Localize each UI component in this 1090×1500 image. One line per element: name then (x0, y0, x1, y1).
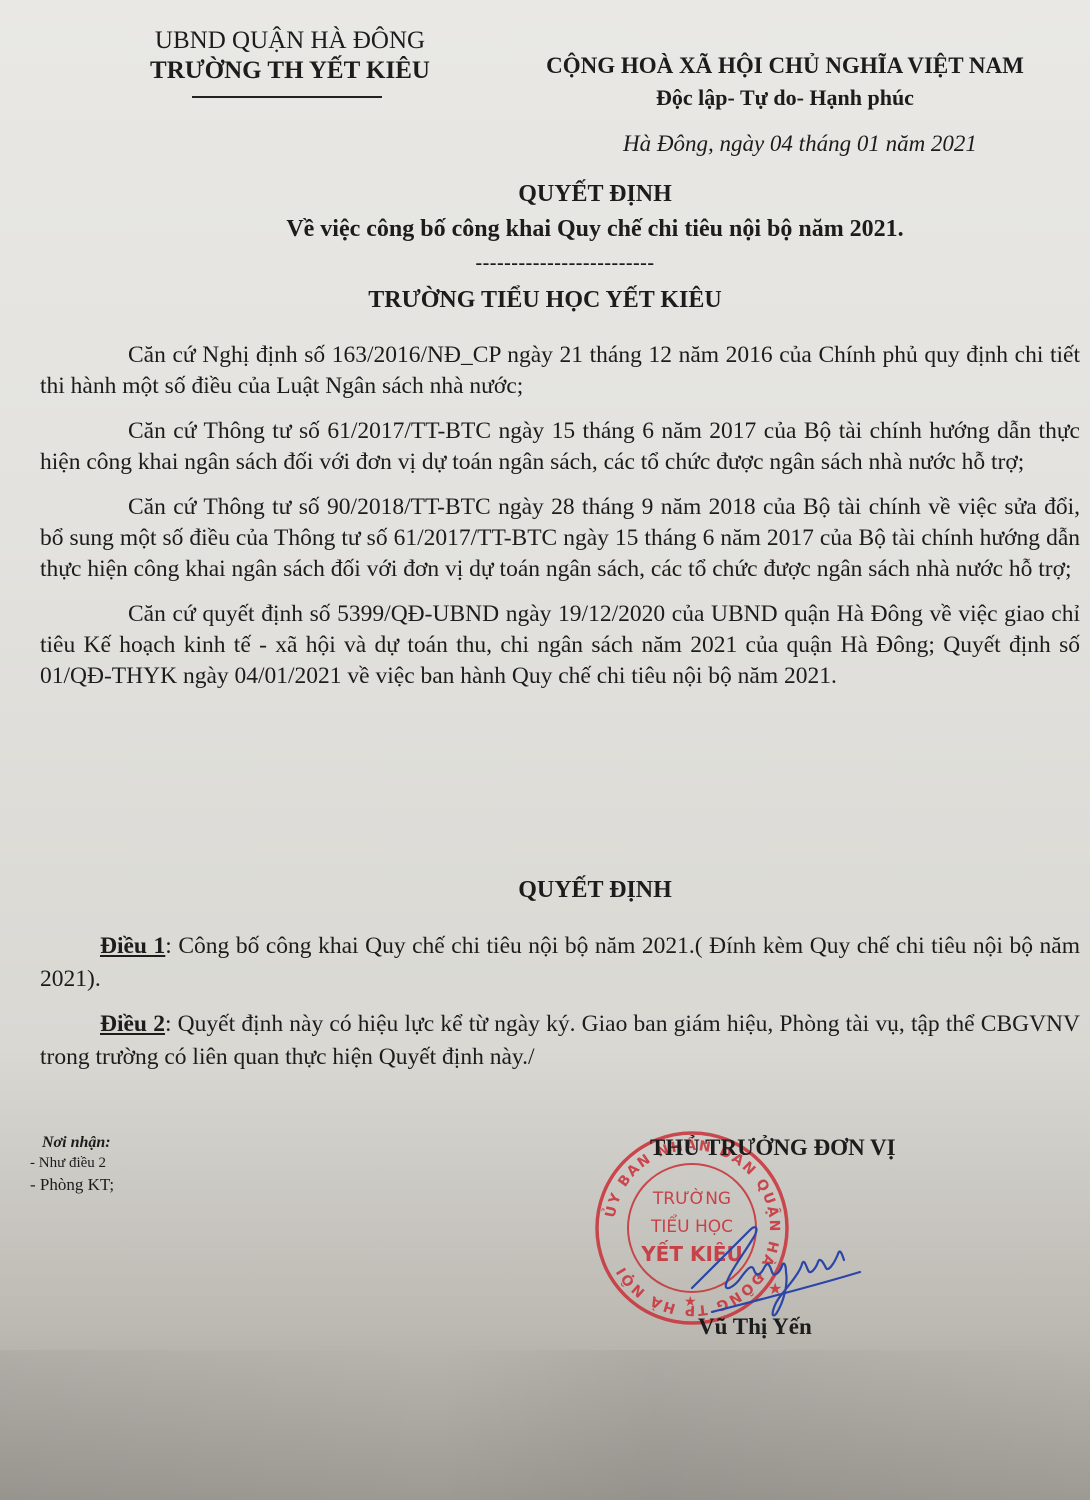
article-text: : Quyết định này có hiệu lực kể từ ngày … (40, 1011, 1080, 1070)
signer-name: Vũ Thị Yến (698, 1314, 812, 1340)
preamble: Căn cứ Nghị định số 163/2016/NĐ_CP ngày … (40, 340, 1080, 706)
agency-name: UBND QUẬN HÀ ĐÔNG (100, 26, 480, 56)
article-1: Điều 1: Công bố công khai Quy chế chi ti… (40, 930, 1080, 996)
preamble-paragraph: Căn cứ Thông tư số 90/2018/TT-BTC ngày 2… (40, 492, 1080, 585)
document-title-block: QUYẾT ĐỊNH Về việc công bố công khai Quy… (200, 178, 990, 322)
articles: Điều 1: Công bố công khai Quy chế chi ti… (40, 930, 1080, 1086)
national-motto: Độc lập- Tự do- Hạnh phúc (520, 82, 1050, 114)
national-header: CỘNG HOÀ XÃ HỘI CHỦ NGHĨA VIỆT NAM Độc l… (520, 50, 1050, 114)
document-page: UBND QUẬN HÀ ĐÔNG TRƯỜNG TH YẾT KIÊU CỘN… (0, 0, 1090, 1500)
document-type: QUYẾT ĐỊNH (200, 178, 990, 210)
recipients-block: Nơi nhận: - Như điều 2 - Phòng KT; (30, 1132, 114, 1195)
handwritten-signature-icon (690, 1210, 870, 1320)
nation-title: CỘNG HOÀ XÃ HỘI CHỦ NGHĨA VIỆT NAM (520, 50, 1050, 82)
recipient-item: - Phòng KT; (30, 1174, 114, 1195)
preamble-paragraph: Căn cứ Nghị định số 163/2016/NĐ_CP ngày … (40, 340, 1080, 402)
page-bottom-shadow (0, 1350, 1090, 1500)
preamble-paragraph: Căn cứ Thông tư số 61/2017/TT-BTC ngày 1… (40, 416, 1080, 478)
issuing-agency-header: UBND QUẬN HÀ ĐÔNG TRƯỜNG TH YẾT KIÊU (100, 26, 480, 98)
article-text: : Công bố công khai Quy chế chi tiêu nội… (40, 933, 1080, 992)
school-name: TRƯỜNG TH YẾT KIÊU (100, 56, 480, 86)
document-subject: Về việc công bố công khai Quy chế chi ti… (200, 210, 990, 248)
recipients-heading: Nơi nhận: (30, 1132, 114, 1153)
issuer-name: TRƯỜNG TIỂU HỌC YẾT KIÊU (150, 278, 940, 322)
stamp-line-1: TRƯỜNG (652, 1187, 731, 1209)
signatory-title: THỦ TRƯỞNG ĐƠN VỊ (650, 1135, 896, 1161)
preamble-paragraph: Căn cứ quyết định số 5399/QĐ-UBND ngày 1… (40, 599, 1080, 692)
recipient-item: - Như điều 2 (30, 1153, 114, 1174)
article-2: Điều 2: Quyết định này có hiệu lực kể từ… (40, 1008, 1080, 1074)
decision-heading: QUYẾT ĐỊNH (40, 877, 1090, 904)
article-label: Điều 2 (100, 1011, 165, 1037)
article-label: Điều 1 (100, 933, 165, 959)
separator: ------------------------- (170, 248, 960, 278)
date-line: Hà Đông, ngày 04 tháng 01 năm 2021 (623, 131, 977, 157)
header-underline (192, 96, 382, 98)
